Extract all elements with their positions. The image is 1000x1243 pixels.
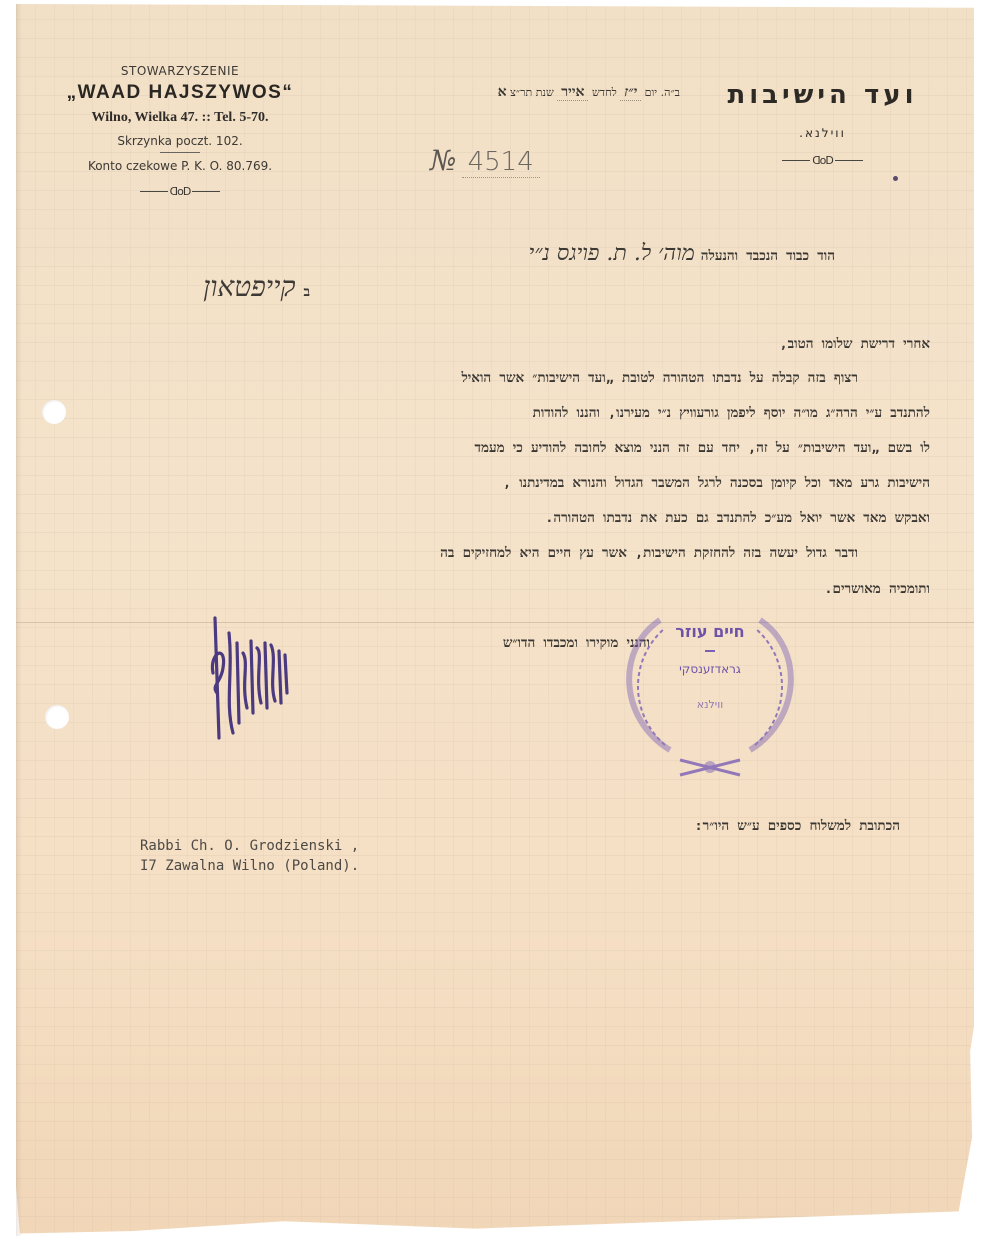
org-label: STOWARZYSZENIE bbox=[60, 64, 300, 78]
ornament-divider: ᗡoD bbox=[60, 185, 300, 198]
body-line: ודבר גדול יעשה בזה להחזקת הישיבות, אשר ע… bbox=[440, 543, 858, 563]
ornament-icon: ᗡoD bbox=[812, 154, 833, 167]
letterhead-polish: STOWARZYSZENIE „WAAD HAJSZYWOS“ Wilno, W… bbox=[60, 64, 300, 198]
body-line: להתנדב ע״י הרה״ג מו״ה יוסף ליפמן גורעווי… bbox=[533, 403, 930, 423]
return-address-label: הכתובת למשלוח כספים ע״ש היו״ר: bbox=[695, 818, 901, 834]
org-city-hebrew: ווילנא. bbox=[715, 126, 930, 140]
ornament-icon: ᗡoD bbox=[170, 185, 191, 198]
recipient-location: ב קייפטאון bbox=[203, 270, 310, 304]
stamp-middle-text: גראדזענסקי bbox=[650, 662, 770, 676]
ornament-line bbox=[835, 160, 863, 161]
punch-hole-bottom bbox=[45, 705, 69, 729]
letterhead-hebrew: ועד הישיבות ווילנא. ᗡoD bbox=[715, 80, 930, 167]
org-name-hebrew: ועד הישיבות bbox=[715, 80, 930, 110]
number-sign: № bbox=[430, 144, 457, 177]
po-box: Skrzynka poczt. 102. bbox=[60, 134, 300, 148]
body-line: לו בשם „ועד הישיבות״ על זה, יחד עם זה הנ… bbox=[474, 438, 930, 458]
bank-account: Konto czekowe P. K. O. 80.769. bbox=[60, 159, 300, 173]
location-handwritten: קייפטאון bbox=[203, 270, 295, 304]
organization-stamp: חיים עוזר גראדזענסקי ווילנא bbox=[610, 600, 810, 785]
return-address-line: I7 Zawalna Wilno (Poland). bbox=[140, 856, 359, 876]
ornament-divider: ᗡoD bbox=[715, 154, 930, 167]
return-address-line: Rabbi Ch. O. Grodzienski , bbox=[140, 836, 359, 856]
date-line: ב״ה. יום י״ז לחדש אייר שנת תר״צ א bbox=[345, 84, 680, 101]
recipient-name-handwritten: מוה׳ ל. ת. פויגס נ״י bbox=[528, 240, 694, 266]
document-number: № 4514 bbox=[430, 144, 540, 177]
location-prefix: ב bbox=[303, 284, 310, 300]
paper-edge-shadow bbox=[16, 4, 22, 1236]
salutation-line: הוד כבוד הנכבד והנעלה מוה׳ ל. ת. פויגס נ… bbox=[528, 240, 835, 266]
date-day-suffix: לחדש bbox=[592, 86, 617, 99]
ornament-line bbox=[782, 160, 810, 161]
body-line: ואבקש מאד אשר יואל מע״כ להתנדב גם כעת את… bbox=[545, 508, 930, 528]
body-line: ותומכיה מאושרים. bbox=[824, 579, 930, 599]
date-month: אייר bbox=[557, 84, 588, 101]
punch-hole-top bbox=[42, 400, 66, 424]
stamp-bottom-text: ווילנא bbox=[670, 698, 750, 711]
date-prefix: ב״ה. יום bbox=[645, 86, 680, 99]
date-year-label: שנת תר״צ bbox=[510, 86, 554, 99]
stamp-divider bbox=[705, 650, 715, 652]
number-value: 4514 bbox=[462, 147, 540, 178]
stamp-top-text: חיים עוזר bbox=[665, 622, 755, 641]
salutation-typed: הוד כבוד הנכבד והנעלה bbox=[701, 248, 835, 264]
body-line: אחרי דרישת שלומו הטוב, bbox=[780, 334, 930, 354]
org-name-polish: „WAAD HAJSZYWOS“ bbox=[60, 82, 300, 104]
return-address: Rabbi Ch. O. Grodzienski , I7 Zawalna Wi… bbox=[140, 836, 359, 876]
date-year: א bbox=[498, 84, 507, 100]
body-line: הישיבות גרע מאד וכל קיומן בסכנה לרגל המש… bbox=[503, 473, 930, 493]
date-day: י״ז bbox=[620, 84, 641, 101]
ornament-line bbox=[192, 191, 220, 192]
org-address: Wilno, Wielka 47. :: Tel. 5-70. bbox=[60, 110, 300, 126]
ornament-line bbox=[140, 191, 168, 192]
divider bbox=[160, 152, 200, 153]
signature-icon bbox=[205, 613, 295, 743]
fold-crease bbox=[16, 622, 974, 623]
ink-spot bbox=[893, 176, 898, 181]
body-line: רצוף בזה קבלה על נדבתו הטהורה לטובת „ועד… bbox=[461, 368, 858, 388]
